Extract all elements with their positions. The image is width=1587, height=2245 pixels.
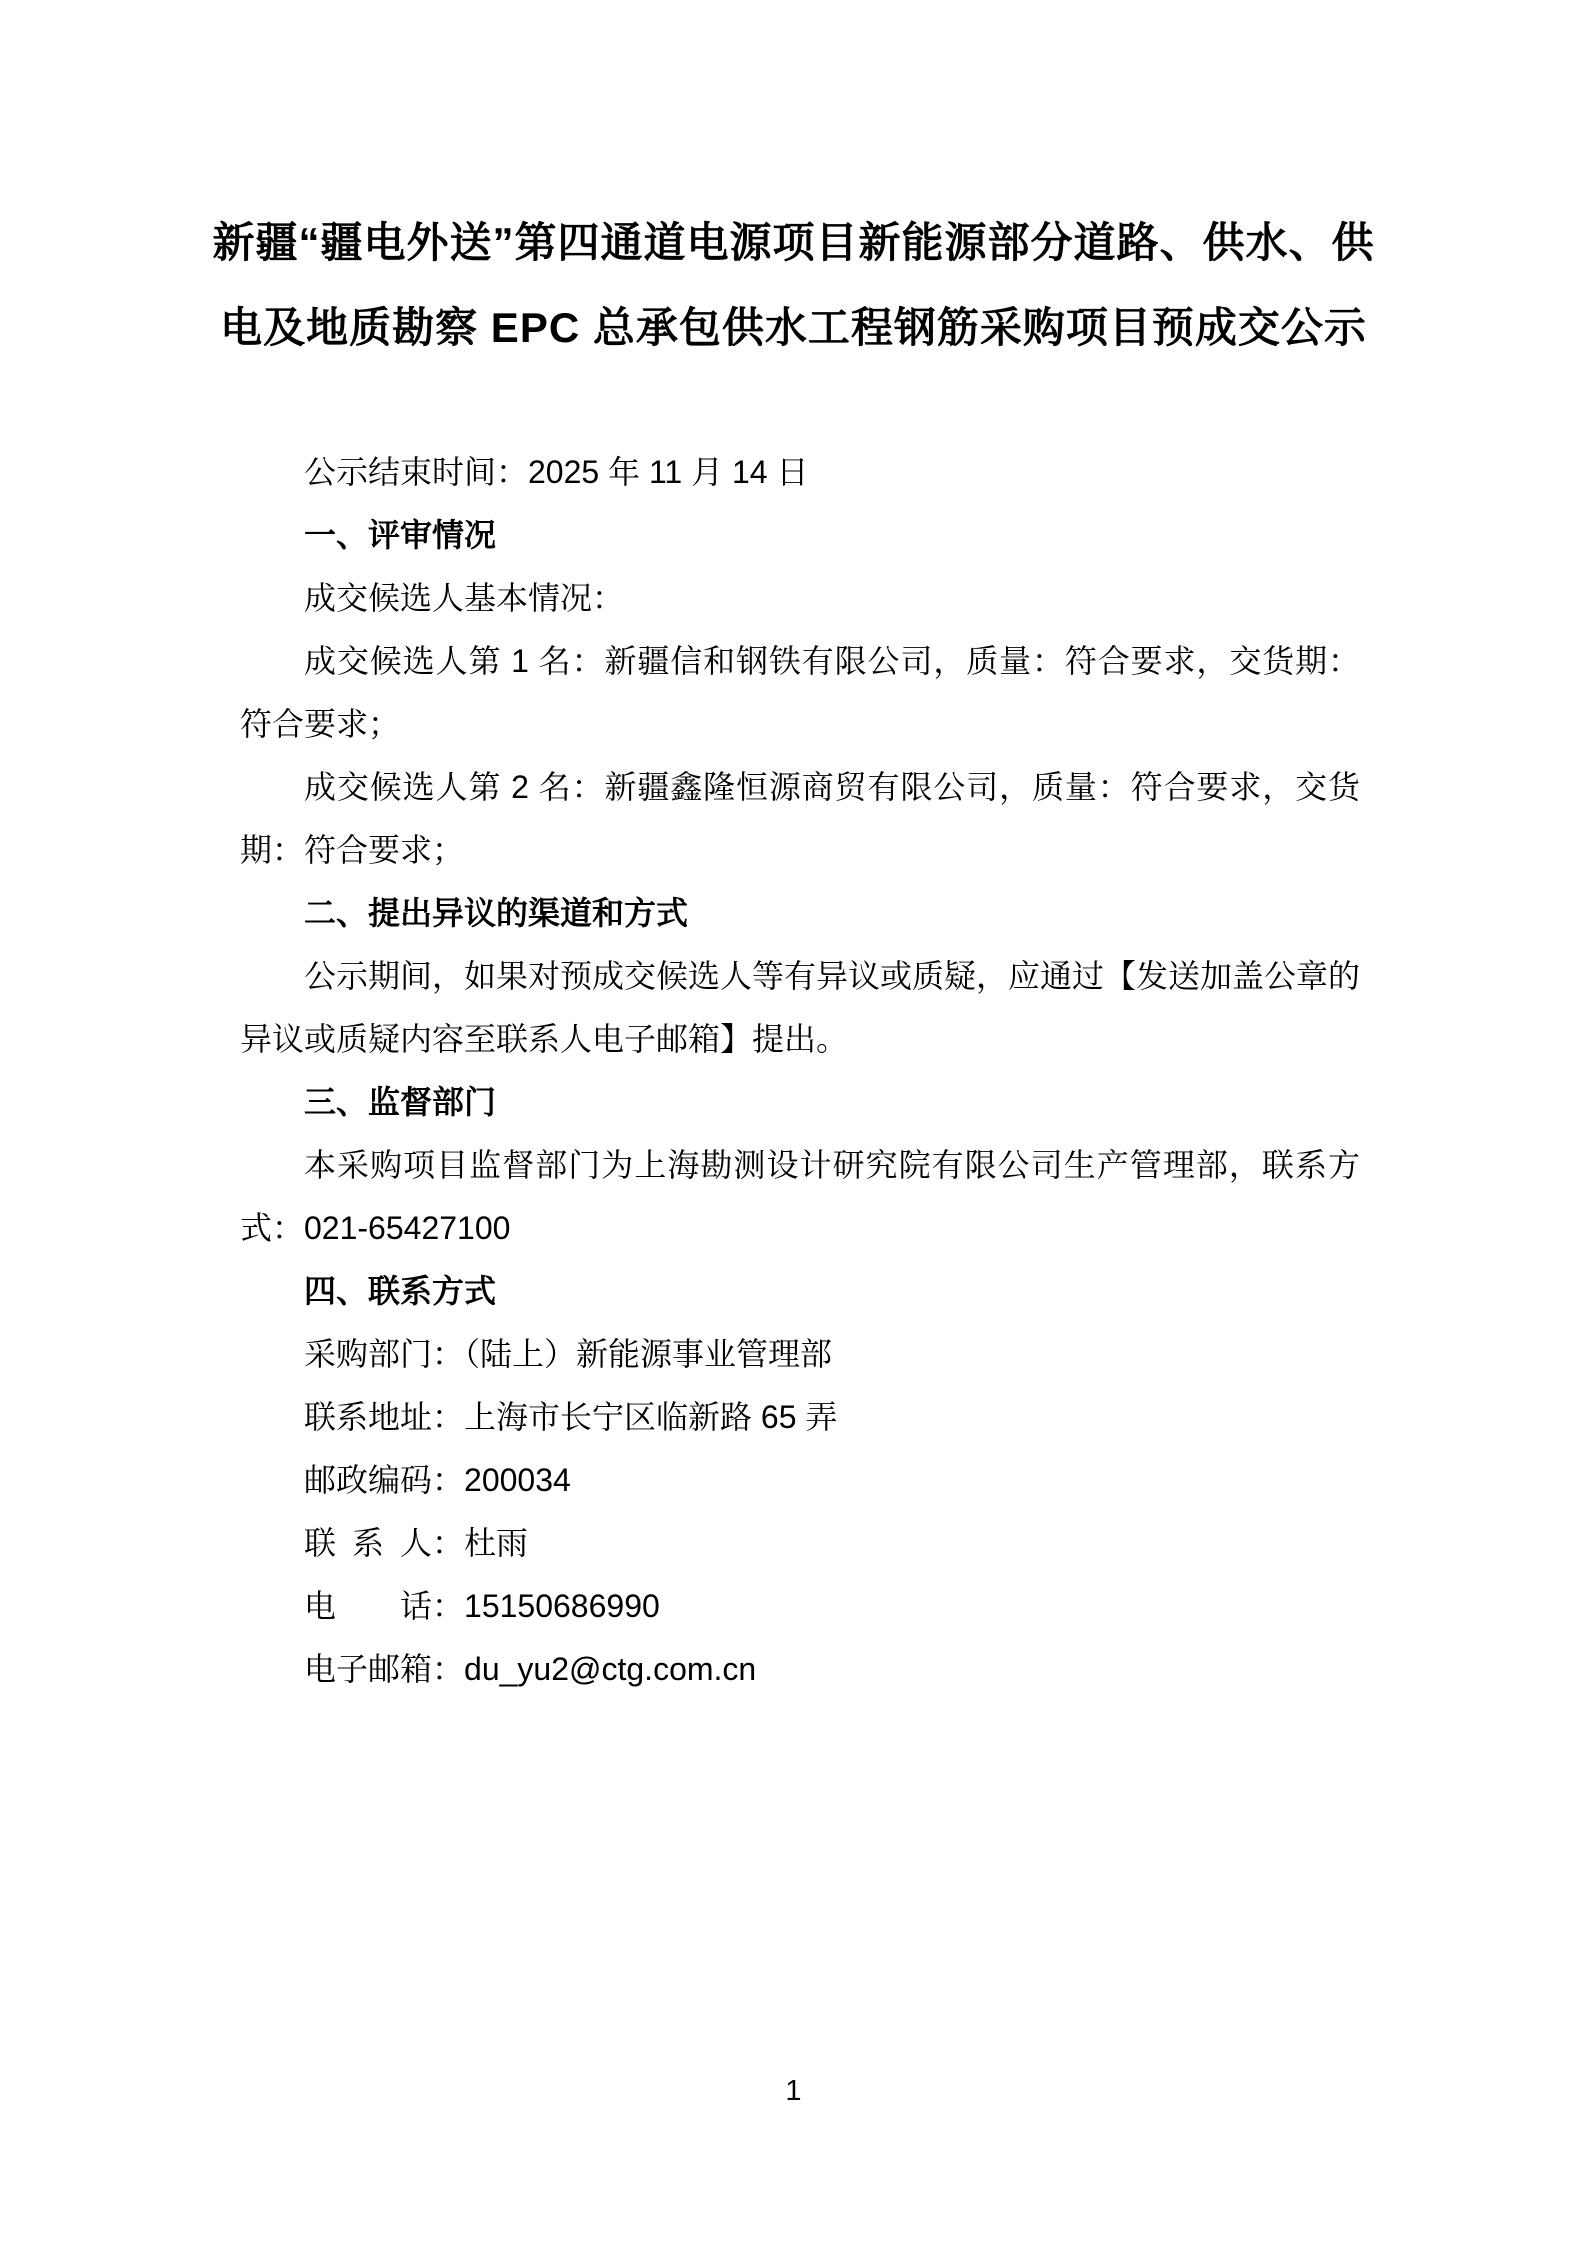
supervision-paragraph: 本采购项目监督部门为上海勘测设计研究院有限公司生产管理部，联系方式：021-65… (240, 1134, 1360, 1260)
document-page: 新疆“疆电外送”第四通道电源项目新能源部分道路、供水、供 电及地质勘察 EPC … (0, 0, 1587, 2245)
document-title: 新疆“疆电外送”第四通道电源项目新能源部分道路、供水、供 电及地质勘察 EPC … (100, 200, 1487, 370)
contact-value: 15150686990 (464, 1588, 660, 1624)
contact-row-postcode: 邮政编码：200034 (240, 1449, 1360, 1512)
contact-colon: ： (432, 1525, 464, 1561)
contact-value: （陆上）新能源事业管理部 (464, 1336, 832, 1372)
page-number: 1 (0, 2074, 1587, 2108)
contact-label: 邮政编码 (304, 1449, 432, 1512)
objection-paragraph: 公示期间，如果对预成交候选人等有异议或质疑，应通过【发送加盖公章的异议或质疑内容… (240, 945, 1360, 1071)
contact-colon: ： (432, 1399, 464, 1435)
contact-label: 联系人 (304, 1512, 432, 1575)
section-heading-objection: 二、提出异议的渠道和方式 (240, 882, 1360, 945)
contact-row-phone: 电话：15150686990 (240, 1575, 1360, 1638)
section-heading-contact: 四、联系方式 (240, 1260, 1360, 1323)
contact-colon: ： (432, 1462, 464, 1498)
contact-label: 电子邮箱 (304, 1638, 432, 1701)
contact-colon: ： (432, 1336, 464, 1372)
section-heading-supervision: 三、监督部门 (240, 1071, 1360, 1134)
contact-value: 杜雨 (464, 1525, 528, 1561)
candidate-basic-info: 成交候选人基本情况： (240, 567, 1360, 630)
contact-label: 电话 (304, 1575, 432, 1638)
document-body: 公示结束时间：2025 年 11 月 14 日 一、评审情况 成交候选人基本情况… (240, 441, 1360, 1701)
contact-label: 联系地址 (304, 1386, 432, 1449)
contact-colon: ： (432, 1588, 464, 1624)
publicity-end-time: 公示结束时间：2025 年 11 月 14 日 (240, 441, 1360, 504)
contact-label: 采购部门 (304, 1323, 432, 1386)
section-heading-review: 一、评审情况 (240, 504, 1360, 567)
contact-row-person: 联系人：杜雨 (240, 1512, 1360, 1575)
contact-row-email: 电子邮箱：du_yu2@ctg.com.cn (240, 1638, 1360, 1701)
contact-row-department: 采购部门：（陆上）新能源事业管理部 (240, 1323, 1360, 1386)
title-line-1: 新疆“疆电外送”第四通道电源项目新能源部分道路、供水、供 (100, 200, 1487, 285)
contact-value: 200034 (464, 1462, 571, 1498)
contact-value: 上海市长宁区临新路 65 弄 (464, 1399, 837, 1435)
candidate-1-paragraph: 成交候选人第 1 名：新疆信和钢铁有限公司，质量：符合要求，交货期：符合要求； (240, 630, 1360, 756)
title-line-2: 电及地质勘察 EPC 总承包供水工程钢筋采购项目预成交公示 (100, 285, 1487, 370)
candidate-2-paragraph: 成交候选人第 2 名：新疆鑫隆恒源商贸有限公司，质量：符合要求，交货期：符合要求… (240, 756, 1360, 882)
contact-colon: ： (432, 1651, 464, 1687)
contact-row-address: 联系地址：上海市长宁区临新路 65 弄 (240, 1386, 1360, 1449)
contact-value: du_yu2@ctg.com.cn (464, 1651, 756, 1687)
